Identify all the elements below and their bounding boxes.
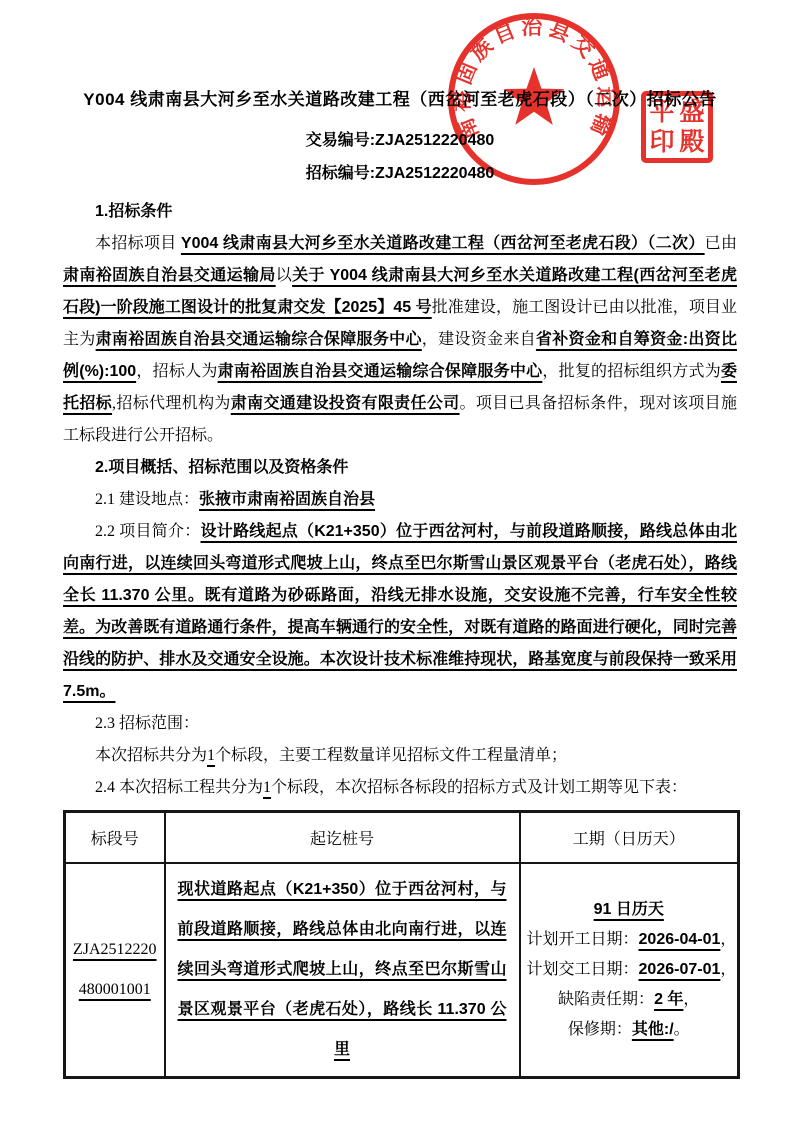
- text-segment: 2.2 项目简介：: [95, 523, 200, 540]
- paragraph: 2.2 项目简介：设计路线起点（K21+350）位于西岔河村，与前段道路顺接，路…: [63, 516, 737, 708]
- bid-sections-table: 标段号起讫桩号工期（日历天） ZJA2512220480001001 现状道路起…: [63, 810, 740, 1079]
- section-heading: 1.招标条件: [63, 196, 737, 228]
- stake-range-text: 现状道路起点（K21+350）位于西岔河村，与前段道路顺接，路线总体由北向南行进…: [178, 870, 507, 1070]
- paragraph: 本招标项目 Y004 线肃南县大河乡至水关道路改建工程（西岔河至老虎石段）（二次…: [63, 228, 737, 452]
- table-header-cell: 工期（日历天）: [520, 812, 739, 863]
- text-segment: 保修期：: [568, 1021, 632, 1038]
- duration-line: 91 日历天: [527, 895, 732, 925]
- paragraph: 2.4 本次招标工程共分为1个标段，本次招标各标段的招标方式及计划工期等见下表：: [63, 772, 737, 804]
- table-header-cell: 标段号: [65, 812, 165, 863]
- section-number: ZJA2512220480001001: [73, 941, 157, 998]
- duration-line: 缺陷责任期：2 年，: [527, 985, 732, 1015]
- text-segment: 1: [263, 779, 271, 796]
- document-paragraphs: 1.招标条件本招标项目 Y004 线肃南县大河乡至水关道路改建工程（西岔河至老虎…: [63, 196, 737, 804]
- stake-range-cell: 现状道路起点（K21+350）位于西岔河村，与前段道路顺接，路线总体由北向南行进…: [165, 863, 520, 1078]
- text-segment: 2026-07-01: [639, 961, 721, 978]
- text-segment: 计划交工日期：: [527, 961, 639, 978]
- transaction-number: 交易编号:ZJA2512220480: [63, 124, 737, 157]
- text-segment: 个标段，本次招标各标段的招标方式及计划工期等见下表：: [271, 779, 687, 796]
- text-segment: 肃南交通建设投资有限责任公司: [231, 395, 460, 412]
- duration-line: 保修期：其他:/。: [527, 1015, 732, 1045]
- section-number-cell: ZJA2512220480001001: [65, 863, 165, 1078]
- table-header-cell: 起讫桩号: [165, 812, 520, 863]
- bid-number: 招标编号:ZJA2512220480: [63, 157, 737, 190]
- duration-line: 计划交工日期：2026-07-01，: [527, 955, 732, 985]
- text-segment: 缺陷责任期：: [558, 991, 654, 1008]
- document-page: Y004 线肃南县大河乡至水关道路改建工程（西岔河至老虎石段）（二次）招标公告 …: [0, 0, 793, 1122]
- text-segment: 其他:/: [632, 1021, 674, 1038]
- text-segment: 。: [674, 1021, 690, 1038]
- text-segment: 肃南裕固族自治县交通运输综合保障服务中心: [218, 363, 543, 380]
- text-segment: 2.项目概括、招标范围以及资格条件: [95, 459, 348, 476]
- text-segment: ，批复的招标组织方式为: [542, 363, 721, 380]
- text-segment: ,招标代理机构为: [112, 395, 231, 412]
- text-segment: 计划开工日期：: [527, 931, 639, 948]
- text-segment: 设计路线起点（K21+350）位于西岔河村，与前段道路顺接，路线总体由北向南行进…: [63, 523, 737, 700]
- text-segment: 已由: [705, 235, 737, 252]
- text-segment: ，: [683, 991, 699, 1008]
- text-segment: 肃南裕固族自治县交通运输综合保障服务中心: [96, 331, 422, 348]
- duration-cell: 91 日历天计划开工日期：2026-04-01，计划交工日期：2026-07-0…: [520, 863, 739, 1078]
- text-segment: ，建设资金来自: [422, 331, 536, 348]
- text-segment: 2 年: [654, 991, 683, 1008]
- document-content: Y004 线肃南县大河乡至水关道路改建工程（西岔河至老虎石段）（二次）招标公告 …: [63, 88, 737, 1079]
- paragraph: 本次招标共分为1个标段，主要工程数量详见招标文件工程量清单；: [63, 740, 737, 772]
- text-segment: Y004 线肃南县大河乡至水关道路改建工程（西岔河至老虎石段）（二次）: [181, 235, 705, 252]
- text-segment: 2.3 招标范围：: [95, 715, 199, 732]
- duration-line: 计划开工日期：2026-04-01，: [527, 925, 732, 955]
- text-segment: 1.招标条件: [95, 203, 172, 220]
- text-segment: 2026-04-01: [639, 931, 721, 948]
- text-segment: 2.1 建设地点：: [95, 491, 199, 508]
- section-heading: 2.项目概括、招标范围以及资格条件: [63, 452, 737, 484]
- text-segment: 张掖市肃南裕固族自治县: [199, 491, 375, 508]
- paragraph: 2.3 招标范围：: [63, 708, 737, 740]
- text-segment: 以: [276, 267, 292, 284]
- text-segment: 91 日历天: [594, 901, 664, 918]
- text-segment: ，招标人为: [136, 363, 217, 380]
- text-segment: 本招标项目: [95, 235, 181, 252]
- table-header-row: 标段号起讫桩号工期（日历天）: [65, 812, 739, 863]
- paragraph: 2.1 建设地点：张掖市肃南裕固族自治县: [63, 484, 737, 516]
- text-segment: 2.4 本次招标工程共分为: [95, 779, 263, 796]
- text-segment: ，: [720, 961, 736, 978]
- table-row: ZJA2512220480001001 现状道路起点（K21+350）位于西岔河…: [65, 863, 739, 1078]
- text-segment: 个标段，主要工程数量详见招标文件工程量清单；: [215, 747, 567, 764]
- text-segment: 肃南裕固族自治县交通运输局: [63, 267, 276, 284]
- text-segment: ，: [720, 931, 736, 948]
- page-title: Y004 线肃南县大河乡至水关道路改建工程（西岔河至老虎石段）（二次）招标公告: [63, 88, 737, 112]
- text-segment: 本次招标共分为: [95, 747, 207, 764]
- text-segment: 1: [207, 747, 215, 764]
